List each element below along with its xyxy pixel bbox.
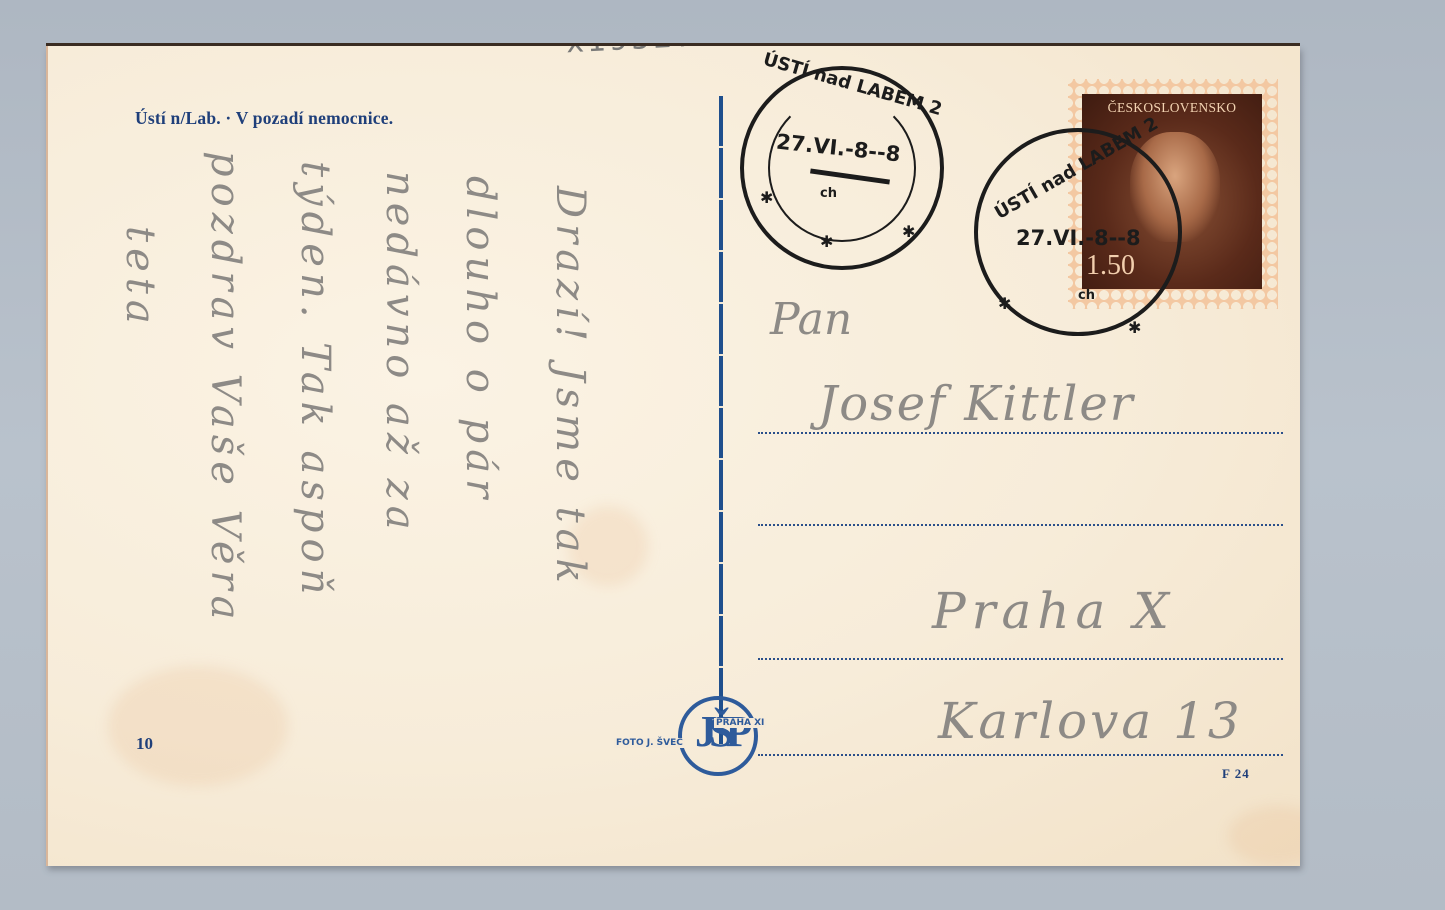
address-line: [758, 524, 1283, 526]
address-city: Praha X: [932, 582, 1175, 640]
paper-stain: [108, 666, 288, 786]
stamp-country: ČESKOSLOVENSKO: [1084, 100, 1260, 116]
card-number: 10: [136, 734, 153, 754]
caption: Ústí n/Lab. · V pozadí nemocnice.: [135, 108, 393, 129]
archive-number: x19527: [565, 46, 698, 60]
message-line: Drazí! Jsme tak: [547, 186, 593, 589]
star-icon: ✱: [760, 188, 773, 208]
paper-stain: [1228, 806, 1300, 866]
publisher-right-text: PRAHA XI: [714, 718, 766, 728]
publisher-monogram: JŠP: [695, 706, 744, 757]
address-line: [758, 432, 1283, 434]
postmark-inner-ring: [768, 94, 916, 242]
postcard: x19527 Ústí n/Lab. · V pozadí nemocnice.…: [46, 46, 1300, 866]
message-line: pozdrav Vaše Věra: [202, 151, 248, 625]
star-icon: ✱: [1128, 318, 1141, 338]
publisher-left-text: FOTO J. ŠVEC: [614, 738, 685, 748]
address-street: Karlova 13: [938, 692, 1243, 750]
address-line: [758, 658, 1283, 660]
series-code: F 24: [1222, 766, 1250, 782]
address-name: Josef Kittler: [818, 376, 1135, 432]
star-icon: ✱: [820, 232, 833, 252]
message-line: dlouho o pár: [457, 176, 503, 504]
star-icon: ✱: [902, 222, 915, 242]
address-line: [758, 754, 1283, 756]
divider-line: [719, 96, 723, 744]
postmark-code: ch: [1078, 288, 1095, 303]
postmark-code: ch: [820, 186, 837, 201]
star-icon: ✱: [998, 294, 1011, 314]
message-line: týden. Tak aspoň: [292, 161, 338, 600]
postmark-date: 27.VI.-8--8: [1016, 226, 1141, 250]
message-line: teta: [117, 226, 163, 330]
address-salutation: Pan: [770, 294, 852, 345]
message-line: nedávno až za: [377, 171, 423, 536]
